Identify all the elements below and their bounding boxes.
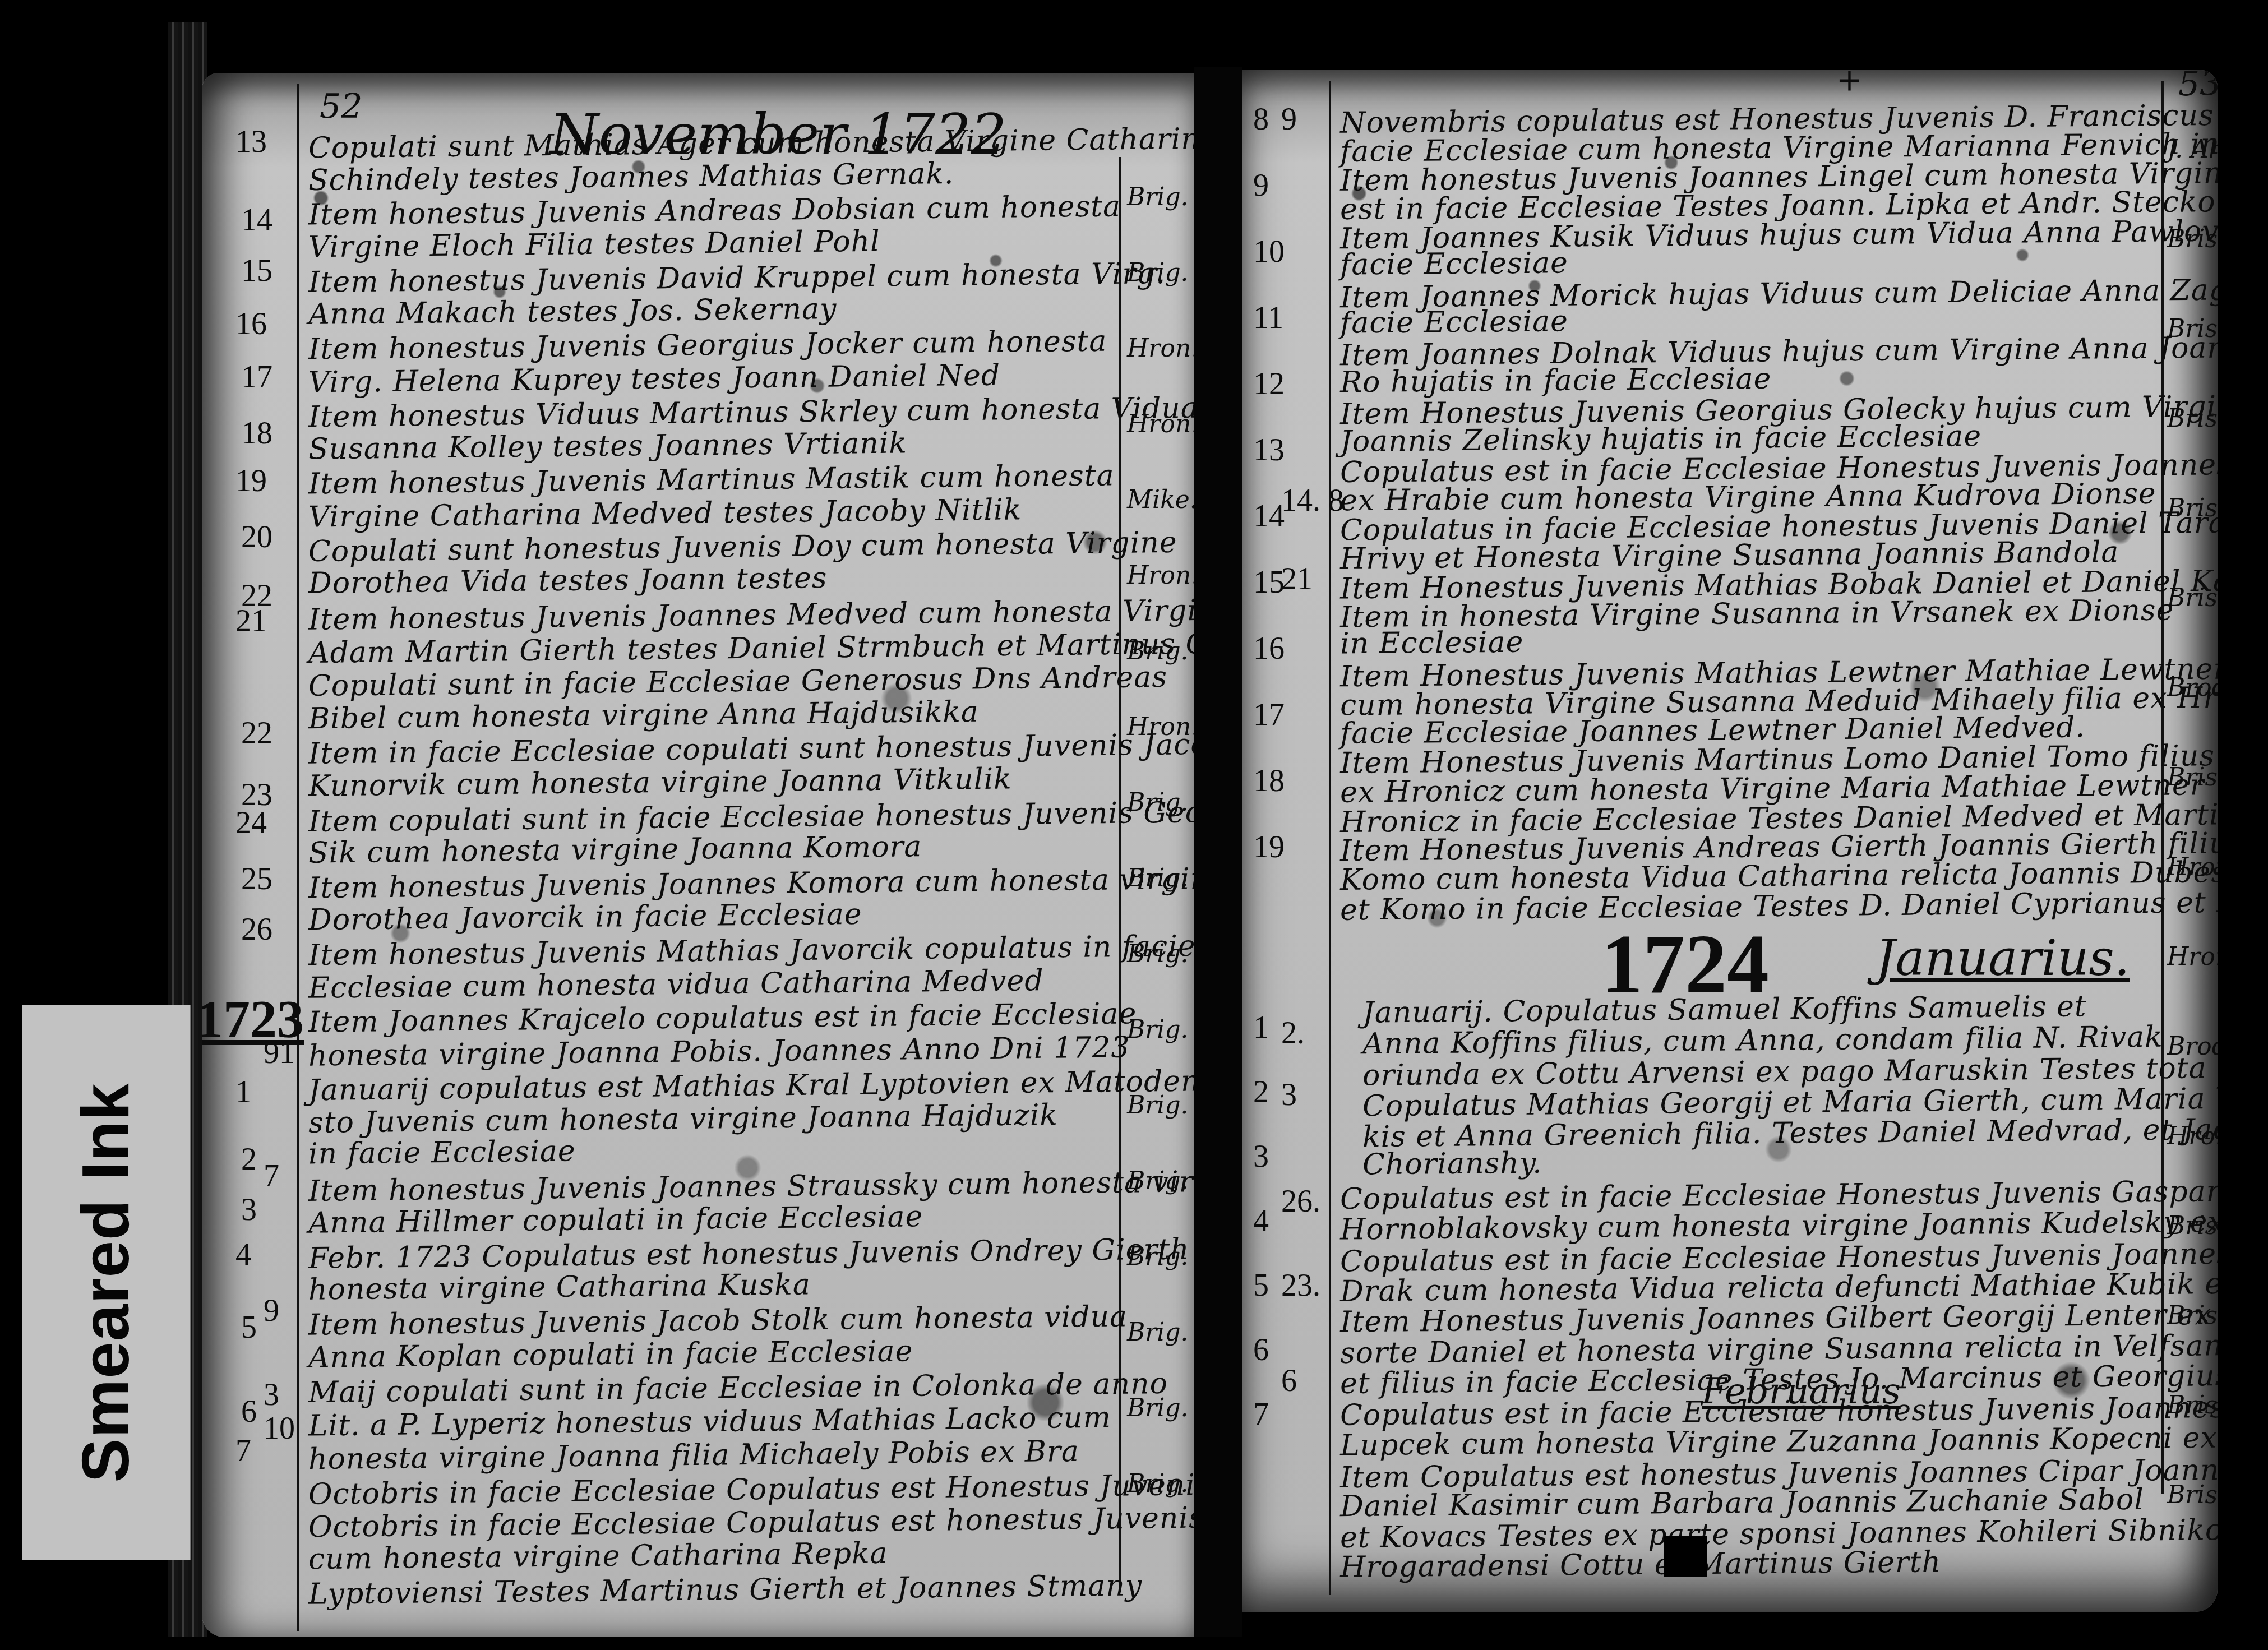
top-mark: + bbox=[1836, 70, 1863, 96]
margin-annotation: Brig. bbox=[1127, 1396, 1189, 1421]
entry-line: Anna Hillmer copulati in facie Ecclesiae bbox=[308, 1202, 923, 1237]
margin-annotation: Hron. bbox=[1127, 412, 1194, 437]
day-number: 14. 8 bbox=[1281, 485, 1344, 516]
right-page: 53 + 89101112131415161718191234567 914. … bbox=[1242, 70, 2218, 1612]
entry-line: honesta virgine Joanna filia Michaely Po… bbox=[308, 1437, 1079, 1474]
margin-annotation: Mike. bbox=[1127, 488, 1194, 512]
margin-date: 25 bbox=[241, 863, 272, 895]
margin-date: 14 bbox=[241, 205, 272, 236]
entry-line: cum honesta virgine Catharina Repka bbox=[308, 1539, 888, 1574]
entry-line: Hrogaradensi Cottu et Martinus Gierth bbox=[1340, 1547, 1942, 1582]
entry-line: Virgine Catharina Medved testes Jacoby N… bbox=[308, 495, 1022, 531]
entry-line: Anna Koplan copulati in facie Ecclesiae bbox=[308, 1337, 913, 1372]
margin-date: 13 bbox=[1253, 435, 1285, 466]
margin-date: 4 bbox=[235, 1239, 251, 1270]
day-number: 2. bbox=[1281, 1018, 1305, 1049]
entry-line: Item honestus Juvenis Mathias Javorcik c… bbox=[308, 932, 1194, 970]
margin-annotation: Brod. bbox=[2167, 676, 2218, 700]
entry-line: Item honestus Juvenis Andreas Dobsian cu… bbox=[308, 192, 1121, 229]
entry-line: Dorothea Javorcik in facie Ecclesiae bbox=[308, 900, 862, 935]
margin-date: 17 bbox=[241, 362, 272, 393]
entry-line: Item honestus Juvenis Joannes Komora cum… bbox=[308, 864, 1194, 903]
day-number: 9 bbox=[264, 1295, 279, 1327]
day-number: 21 bbox=[1281, 563, 1313, 595]
entry-line: Virgine Eloch Filia testes Daniel Pohl bbox=[308, 227, 880, 262]
margin-annotation: Brig. bbox=[1127, 1018, 1189, 1042]
entry-line: Item honestus Viduus Martinus Skrley cum… bbox=[308, 394, 1194, 432]
margin-date: 2 bbox=[241, 1144, 257, 1175]
margin-annotation: Brig. bbox=[1127, 1320, 1189, 1345]
entry-line: Copulati sunt in facie Ecclesiae Generos… bbox=[308, 663, 1167, 701]
margin-date: 26 bbox=[241, 914, 272, 945]
left-page: 52 November 1722 13141516171819202221222… bbox=[202, 73, 1194, 1637]
day-number: 7 bbox=[264, 1161, 279, 1192]
margin-annotation: Brig. bbox=[1127, 185, 1189, 210]
margin-date: 8 bbox=[1253, 104, 1269, 135]
margin-annotation: Brig. bbox=[1127, 1245, 1189, 1269]
margin-date: 6 bbox=[241, 1396, 257, 1427]
entry-line: in facie Ecclesiae bbox=[308, 1137, 576, 1169]
margin-annotation: Bris. bbox=[2167, 1214, 2218, 1238]
entry-line: Virg. Helena Kuprey testes Joann Daniel … bbox=[308, 361, 1001, 398]
margin-date: 9 bbox=[1253, 170, 1269, 201]
margin-date: 11 bbox=[1253, 302, 1283, 334]
entry-line: kis et Anna Greenich filia. Testes Danie… bbox=[1362, 1115, 2218, 1152]
entry-line: in Ecclesiae bbox=[1340, 628, 1524, 659]
margin-date: 12 bbox=[1253, 368, 1285, 400]
margin-date: 18 bbox=[1253, 765, 1285, 797]
entry-line: Lit. a P. Lyperiz honestus viduus Mathia… bbox=[308, 1403, 1111, 1441]
margin-annotation: Brig. bbox=[1127, 866, 1189, 891]
margin-annotation: Brig. bbox=[1127, 942, 1189, 967]
margin-annotation: Bris. bbox=[2167, 406, 2218, 431]
margin-annotation: J. Ahl. Kw. bbox=[2167, 137, 2218, 162]
entry-line: Sik cum honesta virgine Joanna Komora bbox=[308, 832, 922, 867]
margin-date: 1 bbox=[1253, 1012, 1269, 1043]
margin-annotation: Hron. bbox=[1127, 336, 1194, 361]
margin-annotation: Brig. bbox=[1127, 639, 1189, 664]
margin-date: 10 bbox=[1253, 236, 1285, 267]
entry-line: Item in facie Ecclesiae copulati sunt ho… bbox=[308, 729, 1194, 768]
margin-annotation: Brig. bbox=[1127, 1472, 1189, 1496]
margin-date: 22 bbox=[241, 718, 272, 749]
day-number: 3 bbox=[1281, 1079, 1297, 1111]
margin-annotation: Bris. bbox=[2167, 1483, 2218, 1508]
margin-date: 21 bbox=[235, 606, 267, 637]
margin-date: 13 bbox=[235, 126, 267, 158]
margin-date: 24 bbox=[235, 807, 267, 839]
margin-annotation: Hron. bbox=[1127, 715, 1194, 740]
smeared-ink-label: Smeared Ink bbox=[22, 1005, 190, 1560]
margin-date: 5 bbox=[1253, 1270, 1269, 1301]
margin-annotation: Brig. bbox=[1127, 1169, 1189, 1194]
entry-line: et Komo in facie Ecclesiae Testes D. Dan… bbox=[1340, 886, 2218, 925]
margin-annotation: Hronicz bbox=[2167, 1124, 2218, 1149]
entry-line: Kunorvik cum honesta virgine Joanna Vitk… bbox=[308, 764, 1012, 801]
day-number: 10 bbox=[264, 1413, 295, 1444]
entry-line: Susanna Kolley testes Joannes Vrtianik bbox=[308, 428, 907, 464]
margin-date: 17 bbox=[1253, 699, 1285, 731]
entry-line: Ecclesiae cum honesta vidua Catharina Me… bbox=[308, 966, 1044, 1003]
entry-line: Item copulati sunt in facie Ecclesiae ho… bbox=[308, 796, 1194, 836]
margin-date: 19 bbox=[235, 465, 267, 497]
margin-annotation: Brig. bbox=[1127, 261, 1189, 285]
day-number: 23. bbox=[1281, 1270, 1320, 1301]
entry-line: Item honestus Juvenis Joannes Straussky … bbox=[308, 1167, 1194, 1206]
margin-date: 15 bbox=[241, 255, 272, 286]
entry-line: Lyptoviensi Testes Martinus Gierth et Jo… bbox=[308, 1571, 1143, 1609]
margin-date: 3 bbox=[241, 1194, 257, 1226]
entry-line: Schindely testes Joannes Mathias Gernak. bbox=[308, 159, 954, 195]
entry-line: Anna Makach testes Jos. Sekernay bbox=[308, 294, 837, 329]
day-number: 9 bbox=[1281, 104, 1297, 135]
entry-line: honesta virgine Catharina Kuska bbox=[308, 1270, 811, 1304]
margin-annotation: Bris. bbox=[2167, 586, 2218, 611]
entry-line: Bibel cum honesta virgine Anna Hajdusikk… bbox=[308, 697, 979, 734]
margin-date: 2 bbox=[1253, 1076, 1269, 1108]
entry-line: Item honestus Juvenis Jacob Stolk cum ho… bbox=[308, 1302, 1128, 1339]
margin-date: 3 bbox=[1253, 1141, 1269, 1172]
margin-annotation: Bris. bbox=[2167, 317, 2218, 341]
margin-annotation: Bris. bbox=[2167, 1304, 2218, 1328]
margin-annotation: Bris. bbox=[2167, 1393, 2218, 1418]
entry-line: Copulati sunt honestus Juvenis Doy cum h… bbox=[308, 528, 1177, 566]
margin-date: 6 bbox=[1253, 1334, 1269, 1366]
entry-line: honesta virgine Joanna Pobis. Joannes An… bbox=[308, 1033, 1130, 1070]
margin-date: 5 bbox=[241, 1312, 257, 1343]
day-number: 3 bbox=[264, 1379, 279, 1411]
margin-date: 4 bbox=[1253, 1205, 1269, 1237]
entry-line: Item honestus Juvenis David Kruppel cum … bbox=[308, 259, 1166, 297]
margin-date: 7 bbox=[235, 1435, 251, 1467]
entry-line: facie Ecclesiae bbox=[1340, 307, 1568, 338]
page-number: 52 bbox=[320, 90, 362, 123]
margin-annotation: Brig. bbox=[1127, 791, 1189, 815]
margin-date: 1 bbox=[235, 1076, 251, 1108]
entry-line: Ro hujatis in facie Ecclesiae bbox=[1340, 364, 1772, 398]
entry-line: sto Juvenis cum honesta virgine Joanna H… bbox=[308, 1101, 1058, 1138]
margin-date: 18 bbox=[241, 418, 272, 449]
redaction-box bbox=[1664, 1536, 1707, 1577]
margin-annotation: Bris. bbox=[2167, 765, 2218, 790]
margin-date: 19 bbox=[1253, 831, 1285, 863]
margin-annotation: Hronicz bbox=[2167, 855, 2218, 880]
page-gutter bbox=[1194, 67, 1242, 1637]
margin-annotation: Hron. bbox=[1127, 563, 1194, 588]
margin-annotation: Brod. Mike. bbox=[2167, 1034, 2218, 1059]
margin-date: 15 bbox=[1253, 567, 1285, 598]
entry-line: Januarij copulatus est Mathias Kral Lypt… bbox=[308, 1066, 1194, 1105]
entry-line: Febr. 1723 Copulatus est honestus Juveni… bbox=[308, 1234, 1194, 1273]
margin-annotation: Hronicz Brod. bbox=[2167, 945, 2218, 969]
year-marker: 1723 bbox=[202, 992, 304, 1046]
left-margin-rule bbox=[297, 84, 299, 1631]
label-text: Smeared Ink bbox=[68, 1083, 144, 1483]
margin-annotation: Brig. bbox=[1127, 1093, 1189, 1118]
entry-line: Chorianshy. bbox=[1362, 1149, 1542, 1180]
margin-date: 16 bbox=[1253, 633, 1285, 664]
margin-date: 14 bbox=[1253, 501, 1285, 532]
margin-date: 16 bbox=[235, 308, 267, 340]
entry-line: facie Ecclesiae bbox=[1340, 248, 1568, 280]
margin-date: 20 bbox=[241, 521, 272, 553]
month-heading-januarius: Januarius. bbox=[1876, 933, 2130, 983]
entry-line: Dorothea Vida testes Joann testes bbox=[308, 563, 828, 598]
margin-annotation: Bris. bbox=[2167, 227, 2218, 252]
day-number: 6 bbox=[1281, 1365, 1297, 1397]
entry-line: Octobris in facie Ecclesiae Copulatus es… bbox=[308, 1504, 1194, 1542]
left-margin-rule bbox=[1329, 81, 1331, 1595]
margin-date: 7 bbox=[1253, 1399, 1269, 1430]
day-number: 26. bbox=[1281, 1186, 1320, 1217]
margin-annotation: Bris. bbox=[2167, 496, 2218, 521]
page-number: 53 bbox=[2178, 70, 2218, 101]
entry-line: Copulati sunt Mathias Ager cum honesta V… bbox=[308, 124, 1194, 163]
